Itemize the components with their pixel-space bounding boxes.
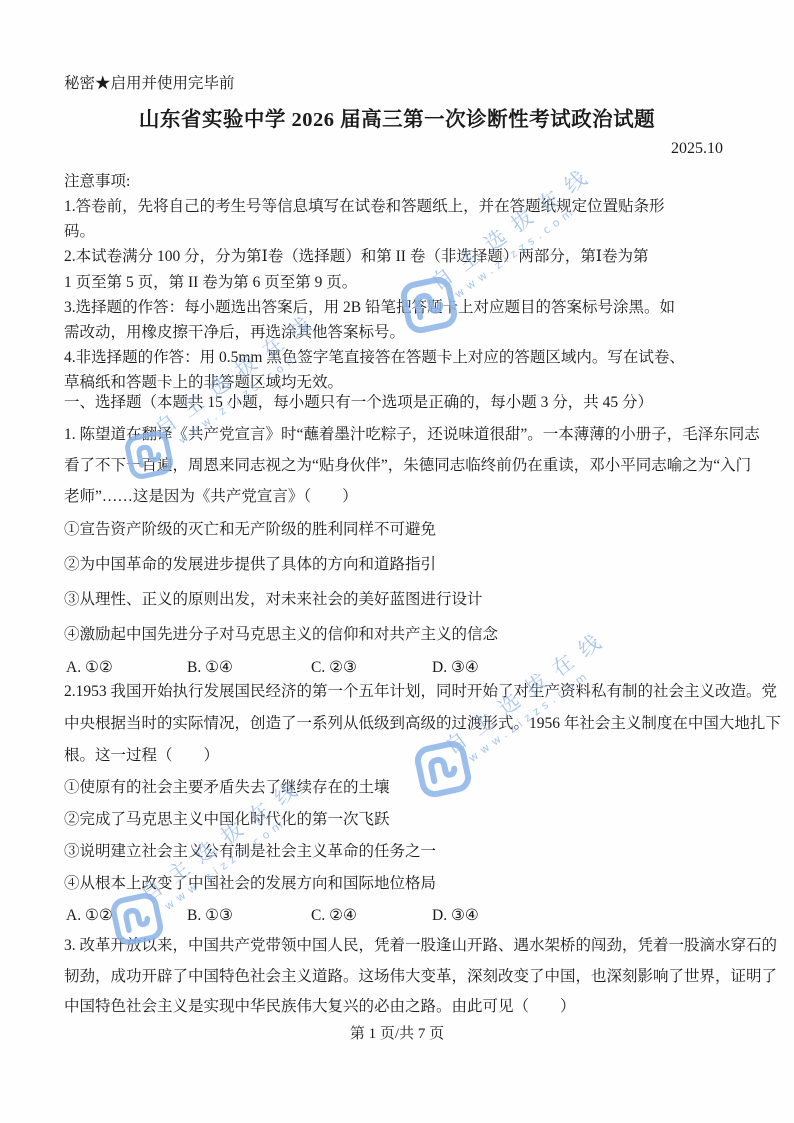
question-stem-line: 老师”……这是因为《共产党宣言》（ ） xyxy=(64,481,736,512)
choice-line: ④激励起中国先进分子对马克思主义的信仰和对共产主义的信念 xyxy=(64,617,736,652)
question-2-stem: 2.1953 我国开始执行发展国民经济的第一个五年计划，同时开始了对生产资料私有… xyxy=(64,676,736,772)
question-3-stem: 3. 改革开放以来，中国共产党带领中国人民，凭着一股逢山开路、遇水架桥的闯劲，凭… xyxy=(64,931,736,1023)
choice-line: ②完成了马克思主义中国化时代化的第一次飞跃 xyxy=(64,804,736,836)
question-stem-line: 韧劲，成功开辟了中国特色社会主义道路。这场伟大变革，深刻改变了中国，也深刻影响了… xyxy=(64,962,736,993)
notice-line: 1.答卷前，先将自己的考生号等信息填写在试卷和答题纸上，并在答题纸规定位置贴条形 xyxy=(64,194,736,219)
question-1-stem: 1. 陈望道在翻译《共产党宣言》时“蘸着墨汁吃粽子，还说味道很甜”。一本薄薄的小… xyxy=(64,419,736,512)
question-2-choices: ①使原有的社会主要矛盾失去了继续存在的土壤②完成了马克思主义中国化时代化的第一次… xyxy=(64,772,736,900)
section-heading: 一、选择题（本题共 15 小题，每小题只有一个选项是正确的，每小题 3 分，共 … xyxy=(64,390,653,412)
choice-line: ③说明建立社会主义公有制是社会主义革命的任务之一 xyxy=(64,836,736,868)
choice-line: ③从理性、正义的原则出发，对未来社会的美好蓝图进行设计 xyxy=(64,582,736,617)
exam-date: 2025.10 xyxy=(671,140,723,158)
question-3: 3. 改革开放以来，中国共产党带领中国人民，凭着一股逢山开路、遇水架桥的闯劲，凭… xyxy=(64,931,736,1023)
question-stem-line: 2.1953 我国开始执行发展国民经济的第一个五年计划，同时开始了对生产资料私有… xyxy=(64,676,736,708)
answer-option: D. ③④ xyxy=(432,900,479,932)
question-stem-line: 根。这一过程（ ） xyxy=(64,740,736,772)
question-stem-line: 中央根据当时的实际情况，创造了一系列从低级到高级的过渡形式。1956 年社会主义… xyxy=(64,708,736,740)
exam-paper-page: 秘密★启用并使用完毕前 山东省实验中学 2026 届高三第一次诊断性考试政治试题… xyxy=(0,0,794,1123)
choice-line: ②为中国革命的发展进步提供了具体的方向和道路指引 xyxy=(64,547,736,582)
notice-line: 2.本试卷满分 100 分，分为第Ⅰ卷（选择题）和第 II 卷（非选择题）两部分… xyxy=(64,244,736,269)
choice-line: ①使原有的社会主要矛盾失去了继续存在的土壤 xyxy=(64,772,736,804)
question-1: 1. 陈望道在翻译《共产党宣言》时“蘸着墨汁吃粽子，还说味道很甜”。一本薄薄的小… xyxy=(64,419,736,684)
notice-section: 1.答卷前，先将自己的考生号等信息填写在试卷和答题纸上，并在答题纸规定位置贴条形… xyxy=(64,194,736,396)
notice-line: 3.选择题的作答：每小题选出答案后，用 2B 铅笔把答题卡上对应题目的答案标号涂… xyxy=(64,295,736,320)
choice-line: ④从根本上改变了中国社会的发展方向和国际地位格局 xyxy=(64,868,736,900)
page-number: 第 1 页/共 7 页 xyxy=(0,1022,794,1043)
question-stem-line: 1. 陈望道在翻译《共产党宣言》时“蘸着墨汁吃粽子，还说味道很甜”。一本薄薄的小… xyxy=(64,419,736,450)
classification-banner: 秘密★启用并使用完毕前 xyxy=(64,71,235,93)
notice-line: 需改动，用橡皮擦干净后，再选涂其他答案标号。 xyxy=(64,320,736,345)
page-title: 山东省实验中学 2026 届高三第一次诊断性考试政治试题 xyxy=(0,102,794,132)
answer-option: A. ①② xyxy=(66,900,113,932)
choice-line: ①宣告资产阶级的灭亡和无产阶级的胜利同样不可避免 xyxy=(64,512,736,547)
notice-heading: 注意事项: xyxy=(64,169,130,191)
answer-option: C. ②④ xyxy=(311,900,357,932)
notice-line: 4.非选择题的作答：用 0.5mm 黑色签字笔直接答在答题卡上对应的答题区域内。… xyxy=(64,345,736,370)
notice-line: 1 页至第 5 页，第 II 卷为第 6 页至第 9 页。 xyxy=(64,270,736,295)
question-stem-line: 3. 改革开放以来，中国共产党带领中国人民，凭着一股逢山开路、遇水架桥的闯劲，凭… xyxy=(64,931,736,962)
question-1-choices: ①宣告资产阶级的灭亡和无产阶级的胜利同样不可避免②为中国革命的发展进步提供了具体… xyxy=(64,512,736,652)
question-2: 2.1953 我国开始执行发展国民经济的第一个五年计划，同时开始了对生产资料私有… xyxy=(64,676,736,932)
answer-option: B. ①③ xyxy=(187,900,233,932)
notice-line: 码。 xyxy=(64,219,736,244)
question-stem-line: 中国特色社会主义是实现中华民族伟大复兴的必由之路。由此可见（ ） xyxy=(64,992,736,1023)
question-stem-line: 看了不下一百遍，周恩来同志视之为“贴身伙伴”，朱德同志临终前仍在重读，邓小平同志… xyxy=(64,450,736,481)
question-2-answer-row: A. ①②B. ①③C. ②④D. ③④ xyxy=(64,900,736,932)
